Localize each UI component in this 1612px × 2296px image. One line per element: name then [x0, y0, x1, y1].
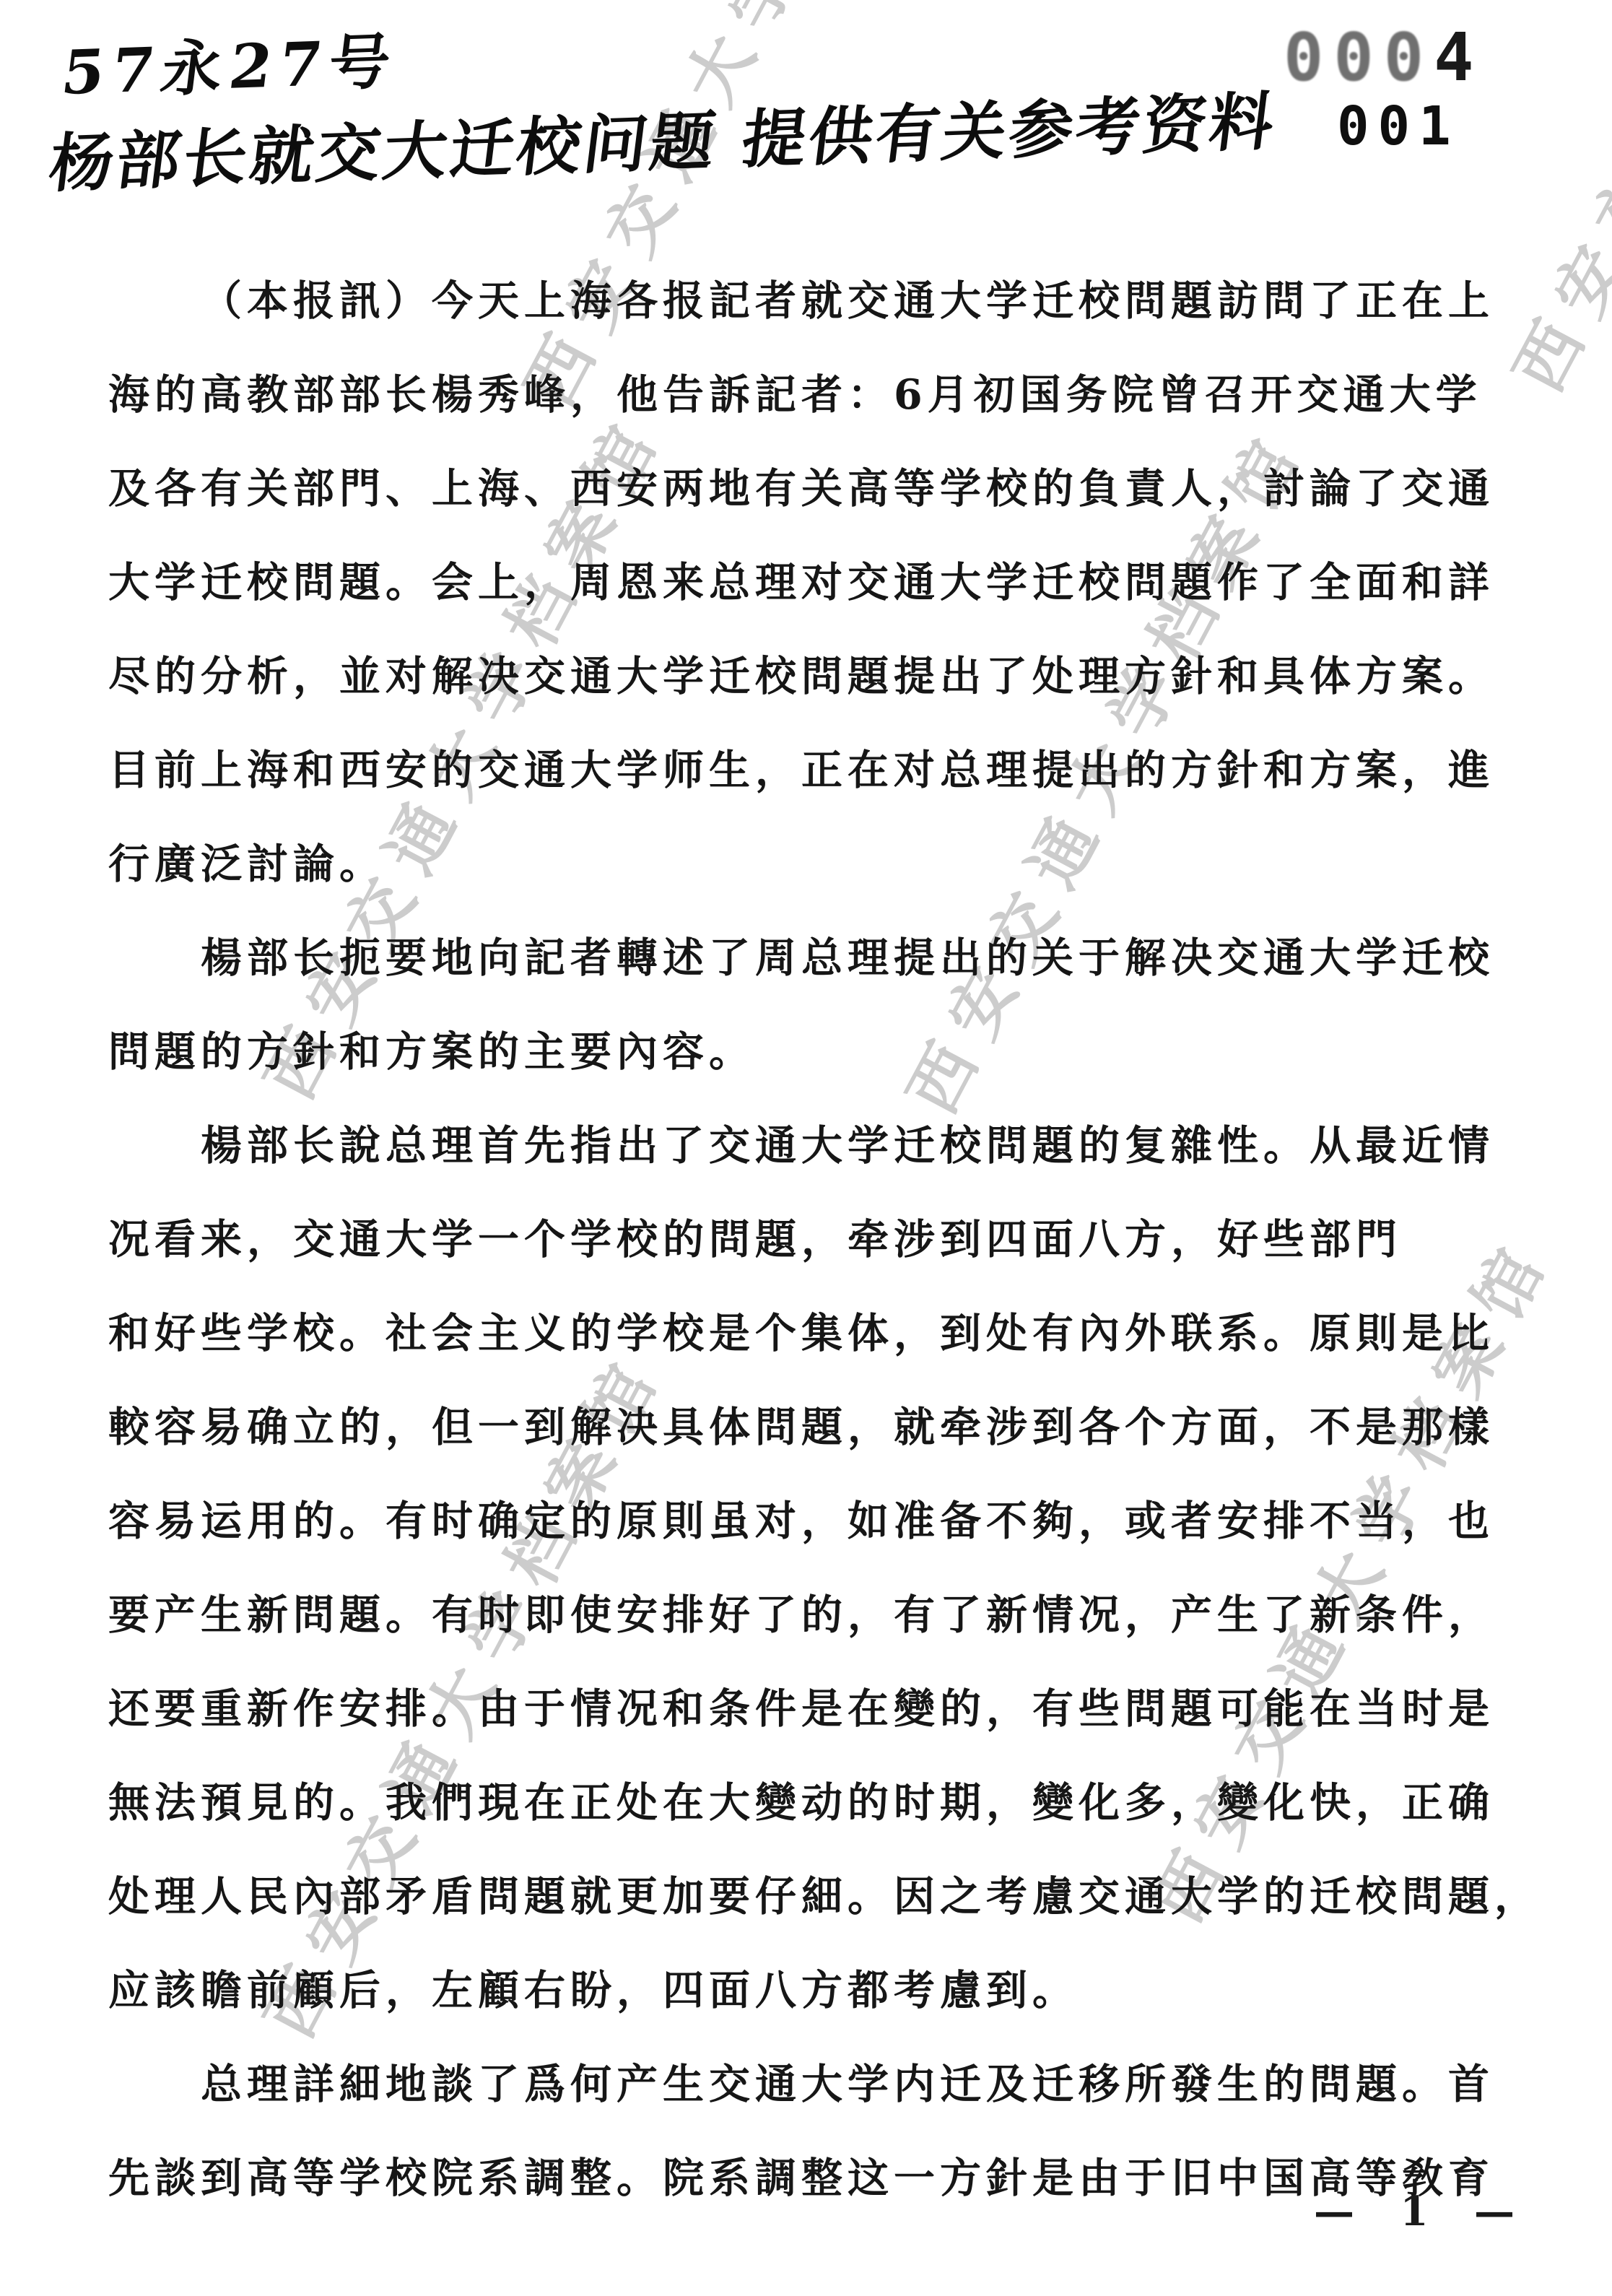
text-line: 行廣泛討論。 [108, 817, 1480, 911]
text-line: 还要重新作安排。由于情况和条件是在變的，有些問題可能在当时是 [108, 1662, 1480, 1756]
text-line: 况看来，交通大学一个学校的問題，牵涉到四面八方，好些部門 [108, 1193, 1480, 1287]
text-line: 和好些学校。社会主义的学校是个集体，到处有內外联系。原則是比 [108, 1287, 1480, 1380]
scanned-document-page: 西安交通大学档案馆西安交通大学档案馆西安交通大学档案馆西安交通大学档案馆西安交通… [0, 0, 1612, 2296]
text-line: 目前上海和西安的交通大学师生，正在对总理提出的方針和方案，進 [108, 723, 1480, 817]
page-number: — 1 — [1314, 2188, 1530, 2235]
archive-watermark: 西安交通大学档案馆 [1487, 0, 1612, 406]
text-line: 問題的方針和方案的主要內容。 [108, 1005, 1480, 1099]
text-line: 楊部长說总理首先指出了交通大学迁校問題的复雜性。从最近情 [108, 1099, 1480, 1193]
text-line: 先談到高等学校院系調整。院系調整这一方針是由于旧中国高等敎育 [108, 2131, 1480, 2225]
archive-stamp-top: 0004 [1284, 19, 1484, 96]
text-line: 容易运用的。有时确定的原則虽对，如准备不夠，或者安排不当，也 [108, 1474, 1480, 1568]
archive-stamp-faded-digits: 000 [1284, 19, 1434, 96]
text-line: 应該瞻前顧后，左顧右盼，四面八方都考慮到。 [108, 1944, 1480, 2038]
text-line: 無法預見的。我們現在正处在大變动的时期，變化多，變化快，正确 [108, 1756, 1480, 1850]
text-line: 处理人民內部矛盾問題就更加要仔細。因之考慮交通大学的迁校問題， [108, 1850, 1480, 1944]
text-line: 海的高教部部长楊秀峰，他告訴記者：6月初国务院曾召开交通大学 [108, 348, 1480, 442]
handwritten-archive-code: 57永27号 [57, 13, 403, 112]
text-line: 較容易确立的，但一到解决具体問題，就牵涉到各个方面，不是那樣 [108, 1380, 1480, 1474]
text-line: 尽的分析，並对解决交通大学迁校問題提出了处理方針和具体方案。 [108, 630, 1480, 723]
text-line: 及各有关部門、上海、西安两地有关高等学校的負責人，討論了交通 [108, 442, 1480, 536]
text-line: 要产生新問題。有时即使安排好了的，有了新情况，产生了新条件， [108, 1568, 1480, 1662]
paragraph: 楊部长說总理首先指出了交通大学迁校問題的复雜性。从最近情况看来，交通大学一个学校… [108, 1099, 1480, 2038]
archive-stamp-dark-digit: 4 [1434, 19, 1484, 96]
document-body-text: （本报訊）今天上海各报記者就交通大学迁校問題訪問了正在上海的高教部部长楊秀峰，他… [108, 254, 1480, 2225]
text-line: （本报訊）今天上海各报記者就交通大学迁校問題訪問了正在上 [108, 254, 1480, 348]
text-line: 大学迁校問題。会上，周恩来总理对交通大学迁校問題作了全面和詳 [108, 536, 1480, 630]
archive-stamp-bottom: 001 [1337, 95, 1460, 157]
text-line: 楊部长扼要地向記者轉述了周总理提出的关于解决交通大学迁校 [108, 911, 1480, 1005]
text-line: 总理詳細地談了爲何产生交通大学内迁及迁移所發生的問題。首 [108, 2038, 1480, 2131]
paragraph: 总理詳細地談了爲何产生交通大学内迁及迁移所發生的問題。首先談到高等学校院系調整。… [108, 2038, 1480, 2225]
paragraph: 楊部长扼要地向記者轉述了周总理提出的关于解决交通大学迁校問題的方針和方案的主要內… [108, 911, 1480, 1099]
paragraph: （本报訊）今天上海各报記者就交通大学迁校問題訪問了正在上海的高教部部长楊秀峰，他… [108, 254, 1480, 911]
